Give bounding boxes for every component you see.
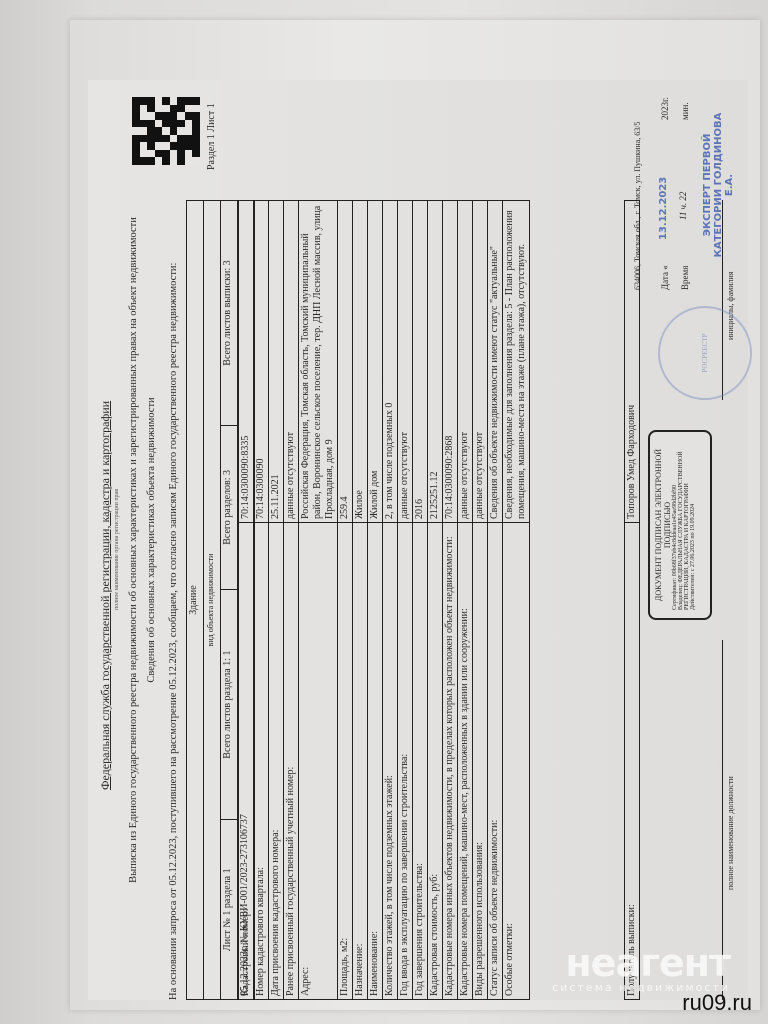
row-label: Виды разрешенного использования: — [473, 523, 488, 1000]
row-value: Жилое — [353, 201, 368, 523]
electronic-signature-stamp: ДОКУМЕНТ ПОДПИСАН ЭЛЕКТРОННОЙ ПОДПИСЬЮ С… — [648, 430, 712, 620]
row-label: Год завершения строительства: — [413, 523, 428, 1000]
watermark-brand: неагент система недвижимости — [552, 941, 730, 994]
row-value: Жилой дом — [368, 201, 383, 523]
table-row: Особые отметки:Сведения, необходимые для… — [503, 201, 530, 1000]
mfc-address: 634006, Томская обл., г. Томск, ул. Пушк… — [633, 122, 642, 290]
row-label: Год ввода в эксплуатацию по завершении с… — [398, 523, 413, 1000]
sheets-in-section: Всего листов раздела 1: 1 — [221, 589, 238, 820]
site-url: ru09.ru — [682, 990, 752, 1016]
row-value: 259.4 — [338, 201, 353, 523]
brand-logo: неагент — [552, 941, 730, 985]
row-label: Кадастровые номера помещений, машино-мес… — [458, 523, 473, 1000]
intro-text: На основании запроса от 05.12.2023, пост… — [168, 263, 179, 1000]
row-value: 70:14:0300090:2868 — [443, 201, 458, 523]
sheets-total: Всего листов выписки: 3 — [221, 201, 238, 426]
recipient-table: Получатель выписки: Топоров Умед Фарходо… — [624, 200, 640, 1000]
document-subtitle: Сведения об основных характеристиках объ… — [146, 80, 157, 1000]
table-row: Год завершения строительства:2016 — [413, 201, 428, 1000]
qr-code-icon — [132, 97, 200, 165]
agency-caption: полное наименование органа регистрации п… — [114, 489, 120, 610]
row-value: Российская Федерация, Томская область, Т… — [299, 201, 338, 523]
row-value: 25.11.2021 — [269, 201, 284, 523]
table-row: Год ввода в эксплуатацию по завершении с… — [398, 201, 413, 1000]
table-row: Количество этажей, в том числе подземных… — [383, 201, 398, 1000]
date-label: Дата « — [660, 265, 670, 290]
row-value: данные отсутствуют — [284, 201, 299, 523]
row-label: Наименование: — [368, 523, 383, 1000]
document-page: Федеральная служба государственной регис… — [88, 80, 748, 1000]
table-row: Назначение:Жилое — [353, 201, 368, 1000]
table-row: Кадастровые номера иных объектов недвижи… — [443, 201, 458, 1000]
table-row: Дата присвоения кадастрового номера:25.1… — [269, 201, 284, 1000]
object-type-caption: вид объекта недвижимости — [204, 201, 221, 1000]
row-label: Адрес: — [299, 523, 338, 1000]
characteristics-table: Кадастровый номер: 70:14:0300090:8335 Но… — [238, 200, 530, 1000]
row-label: Площадь, м2: — [338, 523, 353, 1000]
row-label: Кадастровые номера иных объектов недвижи… — [443, 523, 458, 1000]
table-row: Площадь, м2:259.4 — [338, 201, 353, 1000]
year-suffix: 2023г. — [660, 97, 670, 120]
cadastral-number-value: 70:14:0300090:8335 — [239, 201, 254, 523]
date-value: 13.12.2023 — [658, 177, 669, 240]
row-value: Сведения об объекте недвижимости имеют с… — [488, 201, 503, 523]
row-value: данные отсутствуют — [458, 201, 473, 523]
table-row: Адрес:Российская Федерация, Томская обла… — [299, 201, 338, 1000]
object-type: Здание — [187, 201, 204, 1000]
esign-validity: Действителен: с 27.06.2023 по 19.09.2024 — [690, 440, 696, 610]
row-label: Количество этажей, в том числе подземных… — [383, 523, 398, 1000]
table-row: Кадастровые номера помещений, машино-мес… — [458, 201, 473, 1000]
position-caption: полное наименование должности — [726, 776, 735, 890]
table-row: Ранее присвоенный государственный учетны… — [284, 201, 299, 1000]
recipient-label: Получатель выписки: — [625, 523, 640, 1000]
row-value: 2, в том числе подземных 0 — [383, 201, 398, 523]
time-value: 11 ч. 22 — [678, 192, 688, 220]
esign-title: ДОКУМЕНТ ПОДПИСАН ЭЛЕКТРОННОЙ ПОДПИСЬЮ — [654, 440, 672, 610]
expert-stamp: ЭКСПЕРТ ПЕРВОЙ КАТЕГОРИИ ГОЛДИНОВА Е.А. — [702, 100, 735, 270]
round-seal: РОСРЕЕСТР — [658, 306, 752, 400]
row-value: 2125251.12 — [428, 201, 443, 523]
row-label: Кадастровая стоимость, руб: — [428, 523, 443, 1000]
table-row: Статус записи об объекте недвижимости:Св… — [488, 201, 503, 1000]
agency-name: Федеральная служба государственной регис… — [98, 401, 113, 790]
row-label: Номер кадастрового квартала: — [254, 523, 269, 1000]
sheet-number: Лист № 1 раздела 1 — [221, 820, 238, 1000]
time-label: Время — [680, 266, 690, 290]
table-row: Номер кадастрового квартала:70:14:030009… — [254, 201, 269, 1000]
row-label: Особые отметки: — [503, 523, 530, 1000]
row-label: Назначение: — [353, 523, 368, 1000]
row-value: данные отсутствуют — [473, 201, 488, 523]
section-label: Раздел 1 Лист 1 — [206, 103, 217, 170]
row-value: Сведения, необходимые для заполнения раз… — [503, 201, 530, 523]
sections-total: Всего разделов: 3 — [221, 426, 238, 590]
table-row: Виды разрешенного использования:данные о… — [473, 201, 488, 1000]
row-label: Дата присвоения кадастрового номера: — [269, 523, 284, 1000]
row-label: Статус записи об объекте недвижимости: — [488, 523, 503, 1000]
table-row: Кадастровая стоимость, руб:2125251.12 — [428, 201, 443, 1000]
row-label: Ранее присвоенный государственный учетны… — [284, 523, 299, 1000]
row-value: 2016 — [413, 201, 428, 523]
esign-owner: Владелец: ФЕДЕРАЛЬНАЯ СЛУЖБА ГОСУДАРСТВЕ… — [678, 440, 690, 610]
cadastral-number-label: Кадастровый номер: — [239, 523, 254, 1000]
time-suffix: мин. — [680, 102, 690, 120]
row-value: 70:14:0300090 — [254, 201, 269, 523]
document-title: Выписка из Единого государственного реес… — [128, 70, 139, 1024]
row-value: данные отсутствуют — [398, 201, 413, 523]
table-row: Наименование:Жилой дом — [368, 201, 383, 1000]
